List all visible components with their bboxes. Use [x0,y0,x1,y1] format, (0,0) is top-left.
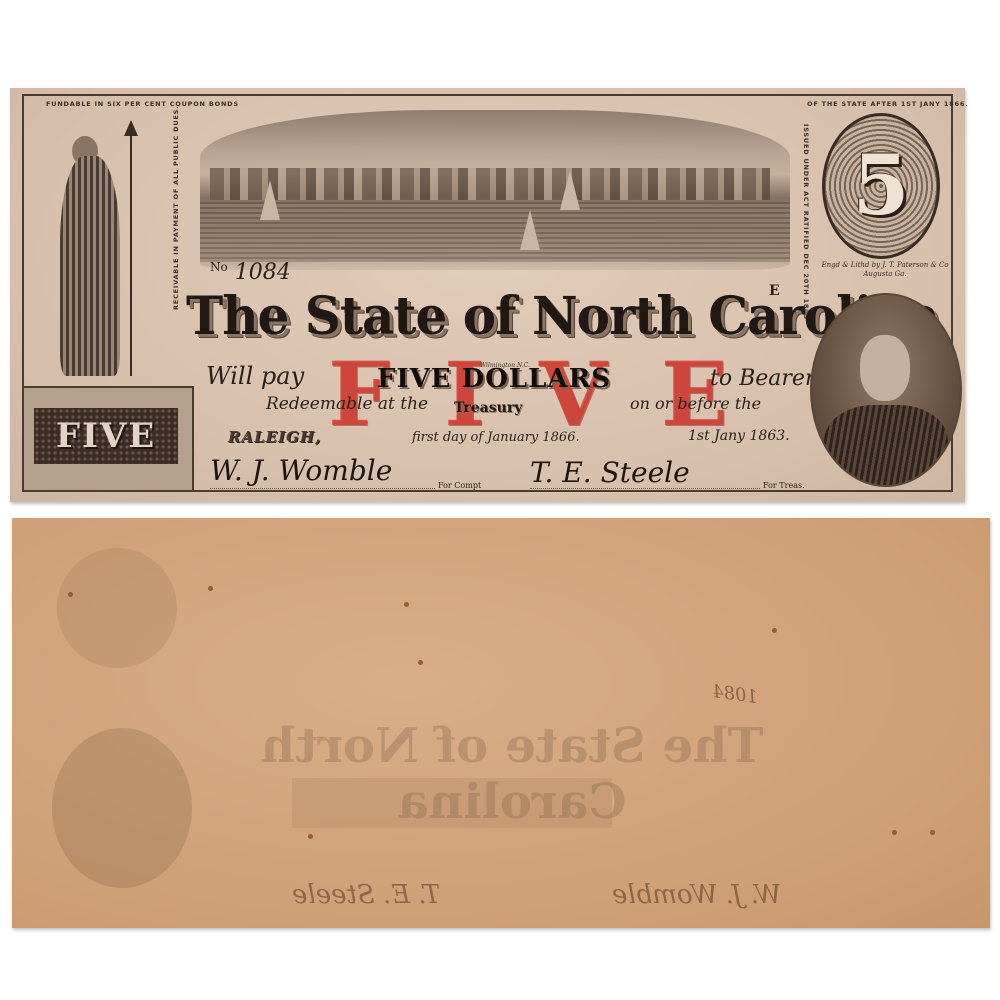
engraver-imprint: Engd & Lithd by J. T. Paterson & Co Augu… [810,261,960,279]
signature-line [210,488,435,489]
portrait-coat [824,405,948,487]
foxing-spot [404,602,409,607]
note-title: The State of North Carolina [186,285,806,347]
city-skyline [210,168,770,200]
five-dollars-text: FIVE DOLLARS [332,364,656,394]
show-through-signature: W. J. Womble [612,880,781,910]
serial-number: No 1084 [210,260,291,285]
harbor-water [200,202,790,262]
foxing-spot [772,628,777,633]
issue-date-text: 1st Jany 1863. [688,428,790,444]
spear-icon [130,126,132,376]
engraver-location: Augusta Ga. [810,270,960,279]
foxing-spot [308,834,313,839]
foxing-spot [892,830,897,835]
sailboat-icon [520,210,540,250]
portrait-vignette [810,293,962,487]
city-text: RALEIGH, [228,428,321,446]
foxing-spot [418,660,423,665]
spear-head-icon [124,120,138,136]
foxing-spot [930,830,935,835]
show-through-portrait [52,728,192,888]
will-pay-text: Will pay [206,362,304,390]
signature-line [530,488,760,489]
to-bearer-text: to Bearer [710,366,815,391]
serial-prefix: No [210,260,228,274]
foxing-spot [208,586,213,591]
show-through-denomination [292,778,612,828]
serial-value: 1084 [235,260,291,285]
five-denomination-box: FIVE [34,408,178,464]
redeemable-text: Redeemable at the [266,394,428,414]
harbor-vignette [200,110,790,270]
fundable-text: FUNDABLE IN SIX PER CENT COUPON BONDS [46,100,239,108]
treasury-text: Treasury [454,400,522,416]
comptroller-signature: W. J. Womble [210,454,392,487]
banknote-front: FUNDABLE IN SIX PER CENT COUPON BONDS OF… [10,88,965,502]
five-numeral-oval: 5 [822,113,940,259]
state-after-text: OF THE STATE AFTER 1ST JANY 1866. [807,100,968,108]
for-comp-label: For Compt [438,481,481,490]
handwritten-serial: 1084 [711,681,759,708]
redemption-date-text: first day of January 1866. [412,430,580,445]
five-word: FIVE [56,416,156,456]
portrait-face [860,335,910,401]
or-before-text: on or before the [630,394,761,413]
for-treas-label: For Treas. [763,481,805,490]
foxing-spot [68,592,73,597]
allegorical-figure [30,126,190,386]
numeral-five: 5 [852,145,909,227]
treasurer-signature: T. E. Steele [530,456,690,489]
sailboat-icon [260,180,280,220]
engraver-line: Engd & Lithd by J. T. Paterson & Co [810,261,960,270]
pedestal: FIVE [22,386,194,492]
figure-body [60,156,120,376]
show-through-signature: T. E. Steele [292,880,440,910]
banknote-back: The State of North Carolina T. E. Steele… [12,518,990,928]
show-through-numeral-oval [57,548,177,668]
sailboat-icon [560,170,580,210]
